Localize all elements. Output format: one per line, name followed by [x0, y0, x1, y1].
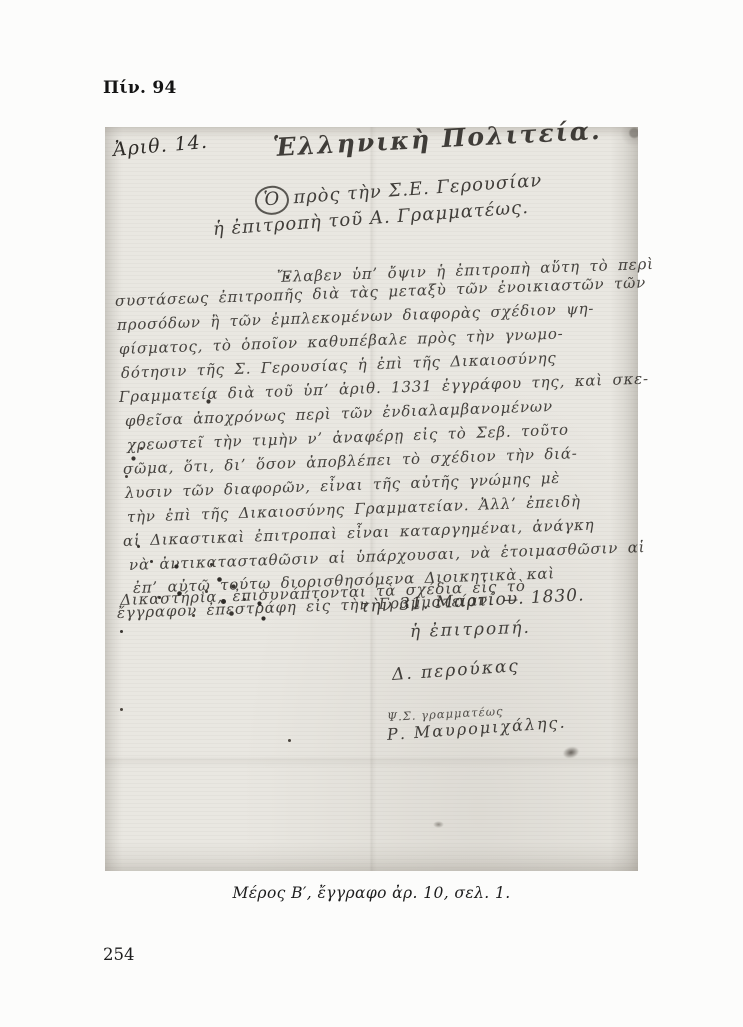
figure-caption: Μέρος Β′, ἔγγραφο ἀρ. 10, σελ. 1.: [0, 884, 743, 902]
plate-label: Πίν. 94: [103, 78, 177, 98]
book-page: Πίν. 94 Ἀριθ. 14. Ἑλληνικὴ Πολιτεία. Ὁπρ…: [0, 0, 743, 1027]
stain-smudge: [562, 745, 580, 760]
ink-spots: [137, 545, 140, 548]
signature-primary: Δ. περούκας: [391, 656, 520, 685]
manuscript-number: Ἀριθ. 14.: [112, 131, 209, 161]
closing-line: ἡ ἐπιτροπή.: [410, 618, 532, 642]
manuscript-scan: Ἀριθ. 14. Ἑλληνικὴ Πολιτεία. Ὁπρὸς τὴν Σ…: [105, 127, 638, 871]
manuscript-heading: Ἑλληνικὴ Πολιτεία.: [272, 116, 602, 162]
page-number: 254: [103, 945, 135, 964]
circled-initial: Ὁ: [254, 185, 290, 216]
stain-smudge: [433, 821, 444, 828]
